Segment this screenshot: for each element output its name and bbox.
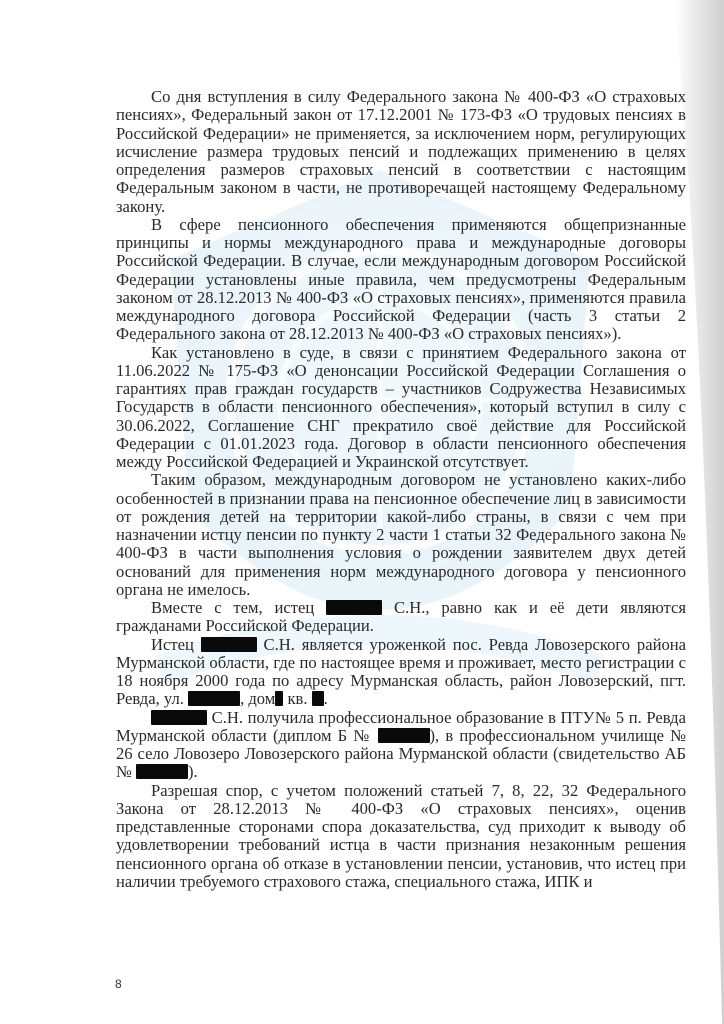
document-body: Со дня вступления в силу Федерального за… [116,88,686,891]
redacted-certificate-number [136,764,188,779]
text-segment: . [324,689,328,708]
text-segment: , дом [240,689,275,708]
page-number: 8 [115,977,122,991]
paragraph: Как установлено в суде, в связи с принят… [116,344,686,472]
paragraph: С.Н. получила профессиональное образован… [116,709,686,782]
redacted-house-number [275,691,283,706]
text-segment: кв. [287,689,307,708]
text-segment: ). [188,762,198,781]
redacted-diploma-number [378,728,430,743]
redacted-street [188,691,240,706]
paragraph: Истец С.Н. является уроженкой пос. Ревда… [116,636,686,709]
paragraph: Разрешая спор, с учетом положений статье… [116,782,686,892]
text-segment: Вместе с тем, истец [151,598,314,617]
redacted-apartment-number [312,691,324,706]
paragraph: В сфере пенсионного обеспечения применяю… [116,216,686,344]
redacted-surname [201,637,257,652]
paragraph: Таким образом, международным договором н… [116,471,686,599]
redacted-surname [151,710,207,725]
paragraph: Вместе с тем, истец С.Н., равно как и её… [116,599,686,636]
paragraph: Со дня вступления в силу Федерального за… [116,88,686,216]
redacted-surname [326,600,382,615]
text-segment: Истец [151,635,194,654]
